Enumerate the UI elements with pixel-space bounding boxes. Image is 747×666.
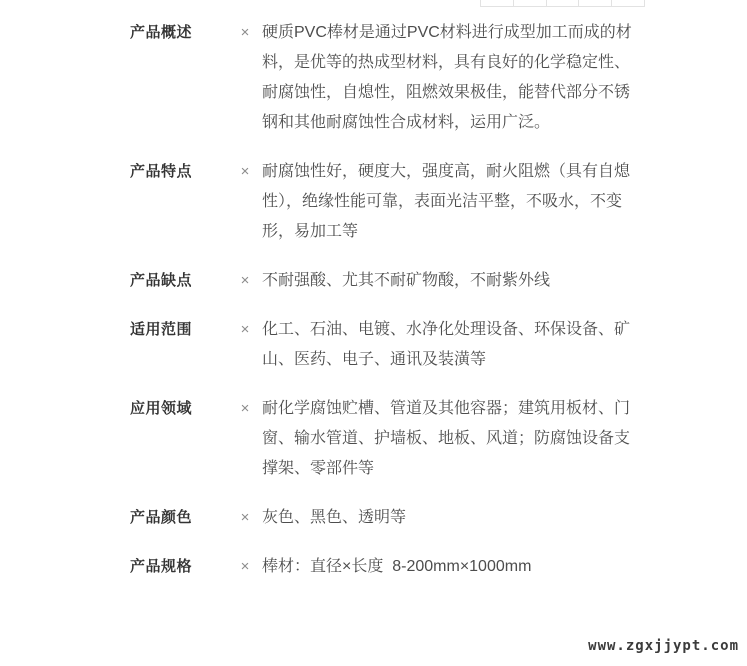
spec-row-applicable-range: 适用范围 × 化工、石油、电镀、水净化处理设备、环保设备、矿山、医药、电子、通讯… — [130, 315, 642, 375]
spec-value: 棒材：直径×长度 8-200mm×1000mm — [262, 552, 634, 582]
separator-icon: × — [230, 503, 260, 533]
spec-row-colors: 产品颜色 × 灰色、黑色、透明等 — [130, 503, 642, 533]
spec-row-features: 产品特点 × 耐腐蚀性好，硬度大，强度高，耐火阻燃（具有自熄性），绝缘性能可靠，… — [130, 157, 642, 247]
spec-row-application-fields: 应用领域 × 耐化学腐蚀贮槽、管道及其他容器；建筑用板材、门窗、输水管道、护墙板… — [130, 394, 642, 484]
spec-label: 产品颜色 — [130, 503, 230, 533]
separator-icon: × — [230, 157, 260, 187]
spec-label: 产品规格 — [130, 552, 230, 582]
spec-value: 硬质PVC棒材是通过PVC材料进行成型加工而成的材料，是优等的热成型材料，具有良… — [262, 18, 634, 138]
separator-icon: × — [230, 315, 260, 345]
spec-row-overview: 产品概述 × 硬质PVC棒材是通过PVC材料进行成型加工而成的材料，是优等的热成… — [130, 18, 642, 138]
spec-label: 应用领域 — [130, 394, 230, 424]
spec-row-drawbacks: 产品缺点 × 不耐强酸、尤其不耐矿物酸，不耐紫外线 — [130, 266, 642, 296]
separator-icon: × — [230, 18, 260, 48]
spec-label: 适用范围 — [130, 315, 230, 345]
table-cell — [578, 0, 611, 6]
spec-value: 不耐强酸、尤其不耐矿物酸，不耐紫外线 — [262, 266, 634, 296]
spec-value: 耐化学腐蚀贮槽、管道及其他容器；建筑用板材、门窗、输水管道、护墙板、地板、风道；… — [262, 394, 634, 484]
table-cell — [481, 0, 513, 6]
top-partial-table — [480, 0, 645, 7]
separator-icon: × — [230, 394, 260, 424]
spec-label: 产品特点 — [130, 157, 230, 187]
separator-icon: × — [230, 266, 260, 296]
spec-value: 化工、石油、电镀、水净化处理设备、环保设备、矿山、医药、电子、通讯及装潢等 — [262, 315, 634, 375]
table-cell — [611, 0, 644, 6]
separator-icon: × — [230, 552, 260, 582]
spec-row-specifications: 产品规格 × 棒材：直径×长度 8-200mm×1000mm — [130, 552, 642, 582]
page: 产品概述 × 硬质PVC棒材是通过PVC材料进行成型加工而成的材料，是优等的热成… — [0, 0, 747, 666]
spec-label: 产品概述 — [130, 18, 230, 48]
spec-value: 耐腐蚀性好，硬度大，强度高，耐火阻燃（具有自熄性），绝缘性能可靠，表面光洁平整，… — [262, 157, 634, 247]
spec-value: 灰色、黑色、透明等 — [262, 503, 634, 533]
table-cell — [546, 0, 579, 6]
site-watermark: www.zgxjjypt.com — [588, 638, 739, 654]
spec-label: 产品缺点 — [130, 266, 230, 296]
product-specs: 产品概述 × 硬质PVC棒材是通过PVC材料进行成型加工而成的材料，是优等的热成… — [130, 18, 642, 601]
table-cell — [513, 0, 546, 6]
